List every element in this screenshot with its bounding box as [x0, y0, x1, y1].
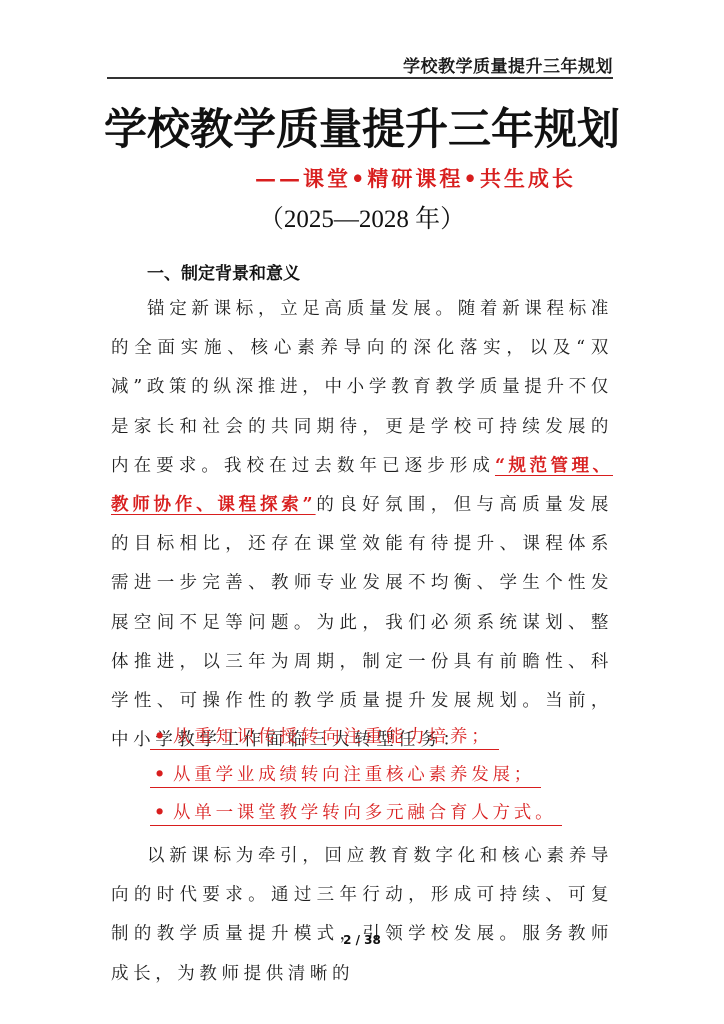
header-divider: [107, 77, 613, 79]
section-heading: 一、制定背景和意义: [147, 259, 300, 284]
document-subtitle: ——课堂•精研课程•共生成长: [255, 163, 576, 193]
bullet-icon: •: [154, 803, 169, 823]
document-years: （2025—2028 年）: [0, 199, 724, 235]
document-title: 学校教学质量提升三年规划: [0, 96, 724, 157]
page-number: 2 / 38: [0, 933, 724, 947]
transformation-task-list: •从重知识传授转向注重能力培养； •从重学业成绩转向注重核心素养发展； •从单一…: [150, 718, 562, 832]
paragraph-background: 锚定新课标，立足高质量发展。随着新课程标准的全面实施、核心素养导向的深化落实，以…: [111, 290, 613, 760]
list-item: •从单一课堂教学转向多元融合育人方式。: [150, 794, 562, 832]
paragraph-text: 锚定新课标，立足高质量发展。随着新课程标准的全面实施、核心素养导向的深化落实，以…: [111, 299, 613, 476]
document-page: 学校教学质量提升三年规划 学校教学质量提升三年规划 ——课堂•精研课程•共生成长…: [0, 0, 724, 1024]
bullet-icon: •: [154, 765, 169, 785]
paragraph-text: 的良好氛围，但与高质量发展的目标相比，还存在课堂效能有待提升、课程体系需进一步完…: [111, 495, 613, 750]
list-item-text: 从重知识传授转向注重能力培养；: [173, 727, 493, 747]
list-item: •从重学业成绩转向注重核心素养发展；: [150, 756, 562, 794]
list-item: •从重知识传授转向注重能力培养；: [150, 718, 562, 756]
running-header: 学校教学质量提升三年规划: [403, 52, 613, 77]
bullet-icon: •: [154, 727, 169, 747]
paragraph-goals: 以新课标为牵引，回应教育数字化和核心素养导向的时代要求。通过三年行动，形成可持续…: [111, 837, 613, 994]
list-item-text: 从单一课堂教学转向多元融合育人方式。: [173, 803, 556, 823]
list-item-text: 从重学业成绩转向注重核心素养发展；: [173, 765, 535, 785]
